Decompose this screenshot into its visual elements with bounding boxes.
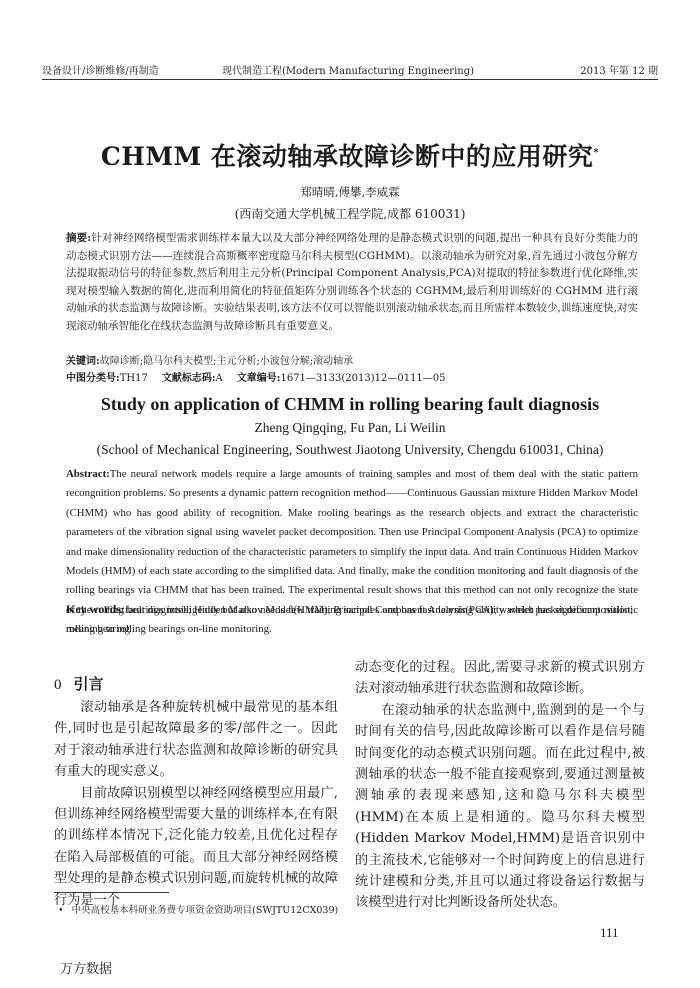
watermark: 万方数据: [60, 958, 112, 977]
keywords-en-label: Key words:: [66, 602, 125, 616]
header-section: 设备设计/诊断维修/再制造: [42, 62, 159, 77]
keywords-cn: 关键词:故障诊断;隐马尔科夫模型;主元分析;小波包分解;滚动轴承: [66, 353, 446, 370]
keywords-cn-label: 关键词:: [66, 356, 100, 367]
abstract-cn-text: 针对神经网络模型需求训练样本量大以及大部分神经网络处理的是静态模式识别的问题,提…: [66, 232, 638, 332]
footnote-bullet: •: [58, 905, 64, 916]
paragraph: 滚动轴承是各种旋转机械中最常见的基本组件,同时也是引起故障最多的零/部件之一。因…: [54, 697, 338, 783]
section-number: 0: [54, 677, 62, 693]
footnote-rule: [54, 892, 169, 893]
article-no-value: 1671—3133(2013)12—0111—05: [280, 373, 445, 384]
running-header: 设备设计/诊断维修/再制造 现代制造工程(Modern Manufacturin…: [42, 58, 658, 78]
english-affiliation: (School of Mechanical Engineering, South…: [0, 442, 700, 458]
english-authors: Zheng Qingqing, Fu Pan, Li Weilin: [0, 420, 700, 436]
abstract-cn: 摘要:针对神经网络模型需求训练样本量大以及大部分神经网络处理的是静态模式识别的问…: [66, 230, 638, 336]
paper-title: CHMM 在滚动轴承故障诊断中的应用研究*: [0, 137, 700, 173]
clc-value: TH17: [120, 373, 148, 384]
keywords-cn-text: 故障诊断;隐马尔科夫模型;主元分析;小波包分解;滚动轴承: [100, 356, 353, 367]
body-column-right: 动态变化的过程。因此,需要寻求新的模式识别方法对滚动轴承进行状态监测和故障诊断。…: [355, 657, 645, 914]
abstract-en-label: Abstract:: [66, 468, 110, 480]
paragraph-continuation: 动态变化的过程。因此,需要寻求新的模式识别方法对滚动轴承进行状态监测和故障诊断。: [355, 657, 645, 700]
keywords-en-text: fault diagnosis; Hidden Markov Model(HMM…: [66, 604, 633, 635]
english-title: Study on application of CHMM in rolling …: [0, 394, 700, 415]
body-column-left: 滚动轴承是各种旋转机械中最常见的基本组件,同时也是引起故障最多的零/部件之一。因…: [54, 697, 338, 911]
footnote: •中央高校基本科研业务费专项资金资助项目(SWJTU12CX039): [58, 902, 338, 916]
classification-line: 中图分类号:TH17文献标志码:A文章编号:1671—3133(2013)12—…: [66, 370, 446, 387]
page-number: 111: [600, 925, 619, 941]
keywords-en: Key words:fault diagnosis; Hidden Markov…: [66, 600, 638, 640]
doc-code-label: 文献标志码:: [162, 373, 216, 384]
affiliation: (西南交通大学机械工程学院,成都 610031): [0, 205, 700, 222]
paper-title-text: CHMM 在滚动轴承故障诊断中的应用研究: [101, 142, 594, 171]
funding-mark: *: [593, 148, 599, 159]
abstract-cn-label: 摘要:: [66, 232, 91, 244]
authors: 郑晴晴,傅攀,李威霖: [0, 184, 700, 200]
cn-metadata: 关键词:故障诊断;隐马尔科夫模型;主元分析;小波包分解;滚动轴承 中图分类号:T…: [66, 353, 446, 387]
section-title: 引言: [74, 675, 104, 693]
header-issue: 2013 年第 12 期: [580, 62, 658, 77]
footnote-text: 中央高校基本科研业务费专项资金资助项目(SWJTU12CX039): [72, 905, 339, 916]
header-rule: [42, 79, 658, 80]
paragraph: 在滚动轴承的状态监测中,监测到的是一个与时间有关的信号,因此故障诊断可以看作是信…: [355, 700, 645, 914]
doc-code-value: A: [216, 373, 223, 384]
article-no-label: 文章编号:: [237, 373, 281, 384]
clc-label: 中图分类号:: [66, 373, 120, 384]
header-journal: 现代制造工程(Modern Manufacturing Engineering): [222, 62, 474, 77]
section-heading-introduction: 0引言: [54, 673, 104, 694]
